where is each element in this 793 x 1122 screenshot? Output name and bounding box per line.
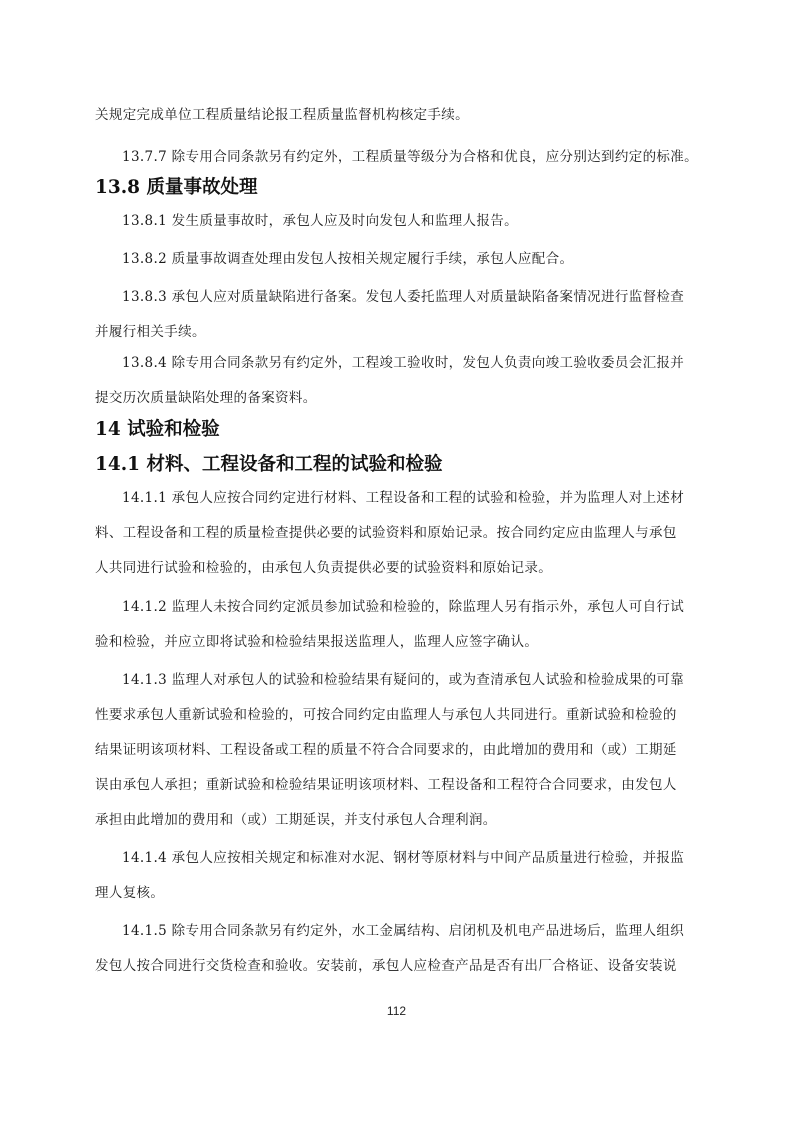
- paragraph-line: 理人复核。: [95, 885, 164, 901]
- clause-13-8-3: 13.8.3 承包人应对质量缺陷进行备案。发包人委托监理人对质量缺陷备案情况进行…: [122, 289, 684, 305]
- paragraph-line: 关规定完成单位工程质量结论报工程质量监督机构核定手续。: [95, 107, 469, 123]
- paragraph-line: 人共同进行试验和检验的，由承包人负责提供必要的试验资料和原始记录。: [95, 560, 552, 576]
- page-number: 112: [0, 1004, 793, 1018]
- paragraph-line: 并履行相关手续。: [95, 324, 206, 340]
- clause-13-8-4: 13.8.4 除专用合同条款另有约定外，工程竣工验收时，发包人负责向竣工验收委员…: [122, 355, 684, 371]
- paragraph-line: 性要求承包人重新试验和检验的，可按合同约定由监理人与承包人共同进行。重新试验和检…: [95, 707, 677, 723]
- clause-14-1-2: 14.1.2 监理人未按合同约定派员参加试验和检验的，除监理人另有指示外，承包人…: [122, 599, 684, 615]
- paragraph-line: 验和检验，并应立即将试验和检验结果报送监理人，监理人应签字确认。: [95, 634, 538, 650]
- section-heading-13-8: 13.8 质量事故处理: [95, 177, 258, 199]
- clause-14-1-3: 14.1.3 监理人对承包人的试验和检验结果有疑问的，或为查清承包人试验和检验成…: [122, 672, 684, 688]
- clause-13-7-7: 13.7.7 除专用合同条款另有约定外，工程质量等级分为合格和优良，应分别达到约…: [122, 149, 698, 165]
- clause-13-8-2: 13.8.2 质量事故调查处理由发包人按相关规定履行手续，承包人应配合。: [122, 251, 573, 267]
- paragraph-line: 结果证明该项材料、工程设备或工程的质量不符合合同要求的，由此增加的费用和（或）工…: [95, 742, 677, 758]
- section-heading-14-1: 14.1 材料、工程设备和工程的试验和检验: [95, 454, 443, 476]
- paragraph-line: 料、工程设备和工程的质量检查提供必要的试验资料和原始记录。按合同约定应由监理人与…: [95, 525, 677, 541]
- paragraph-line: 误由承包人承担；重新试验和检验结果证明该项材料、工程设备和工程符合合同要求，由发…: [95, 777, 677, 793]
- document-page: 关规定完成单位工程质量结论报工程质量监督机构核定手续。 13.7.7 除专用合同…: [0, 0, 793, 1122]
- paragraph-line: 承担由此增加的费用和（或）工期延误，并支付承包人合理利润。: [95, 812, 497, 828]
- clause-14-1-4: 14.1.4 承包人应按相关规定和标准对水泥、钢材等原材料与中间产品质量进行检验…: [122, 850, 684, 866]
- clause-14-1-1: 14.1.1 承包人应按合同约定进行材料、工程设备和工程的试验和检验，并为监理人…: [122, 490, 684, 506]
- paragraph-line: 提交历次质量缺陷处理的备案资料。: [95, 390, 317, 406]
- clause-13-8-1: 13.8.1 发生质量事故时，承包人应及时向发包人和监理人报告。: [122, 213, 518, 229]
- clause-14-1-5: 14.1.5 除专用合同条款另有约定外，水工金属结构、启闭机及机电产品进场后，监…: [122, 923, 684, 939]
- paragraph-line: 发包人按合同进行交货检查和验收。安装前，承包人应检查产品是否有出厂合格证、设备安…: [95, 958, 677, 974]
- chapter-heading-14: 14 试验和检验: [95, 419, 220, 441]
